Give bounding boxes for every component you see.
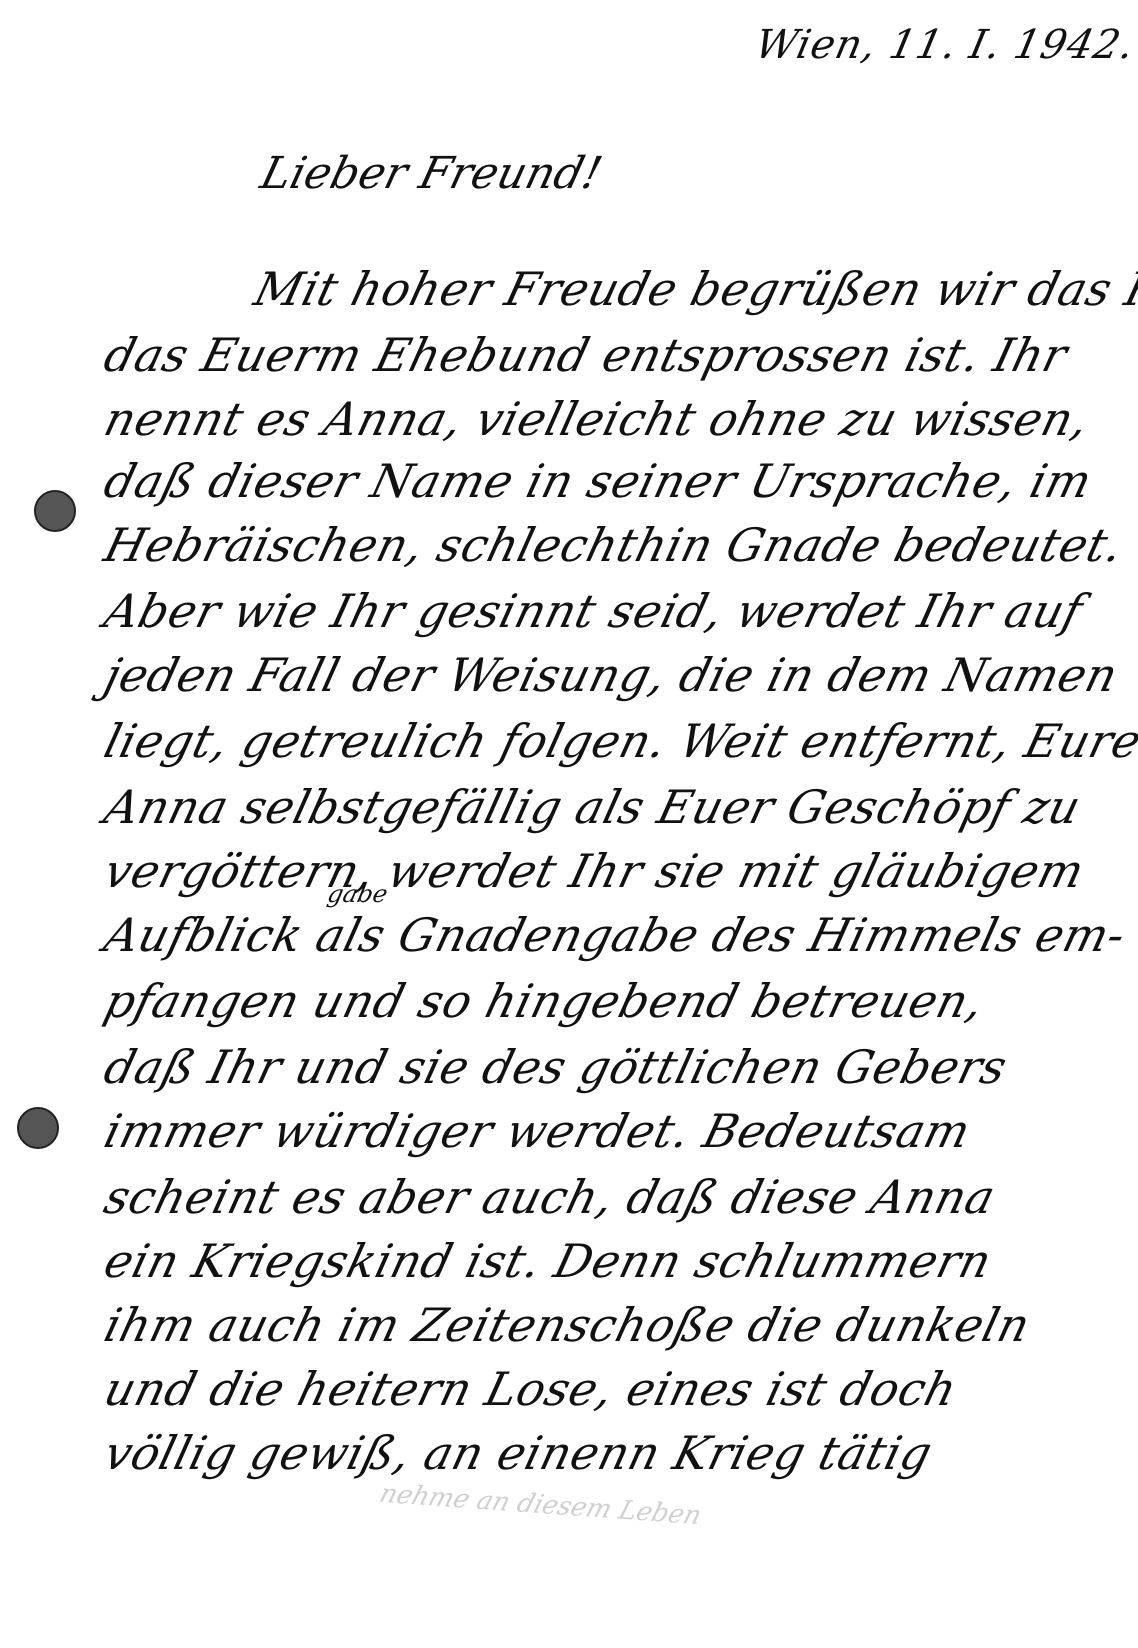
body-line-7: jeden Fall der Weisung, die in dem Namen (100, 652, 1122, 698)
body-line-12: pfangen und so hingebend betreuen, (100, 978, 989, 1024)
body-line-14: immer würdiger werdet. Bedeutsam (100, 1108, 975, 1154)
punch-hole-bottom (17, 1107, 59, 1149)
body-line-13: daß Ihr und sie des göttlichen Gebers (100, 1044, 1012, 1090)
body-line-3: nennt es Anna, vielleicht ohne zu wissen… (100, 396, 1094, 442)
letter-page: Wien, 11. I. 1942. Lieber Freund! Mit ho… (0, 0, 1138, 1648)
body-line-2: das Euerm Ehebund entsprossen ist. Ihr (100, 332, 1072, 378)
body-line-16: ein Kriegskind ist. Denn schlummern (100, 1238, 996, 1284)
letter-salutation: Lieber Freund! (256, 148, 607, 199)
body-line-17: ihm auch im Zeitenschoße die dunkeln (100, 1302, 1035, 1348)
body-line-5: Hebräischen, schlechthin Gnade bedeutet. (100, 522, 1128, 568)
punch-hole-top (34, 490, 76, 532)
body-line-11: Aufblick als Gnadengabe des Himmels em- (100, 912, 1130, 958)
body-line-4: daß dieser Name in seiner Ursprache, im (100, 458, 1097, 504)
body-line-6: Aber wie Ihr gesinnt seid, werdet Ihr au… (100, 588, 1087, 634)
body-line-19: völlig gewiß, an einenn Krieg tätig (100, 1430, 937, 1476)
letter-date: Wien, 11. I. 1942. (751, 22, 1138, 68)
inserted-word-gabe: gabe (325, 880, 390, 908)
body-line-15: scheint es aber auch, daß diese Anna (100, 1174, 1000, 1220)
body-line-1: Mit hoher Freude begrüßen wir das Kind, (250, 266, 1138, 312)
body-line-10: vergöttern, werdet Ihr sie mit gläubigem (100, 848, 1089, 894)
body-line-18: und die heitern Lose, eines ist doch (100, 1366, 962, 1412)
body-line-8: liegt, getreulich folgen. Weit entfernt,… (100, 718, 1138, 764)
body-line-9: Anna selbstgefällig als Euer Geschöpf zu (100, 784, 1085, 830)
bleed-through-text: nehme an diesem Leben (376, 1479, 705, 1531)
